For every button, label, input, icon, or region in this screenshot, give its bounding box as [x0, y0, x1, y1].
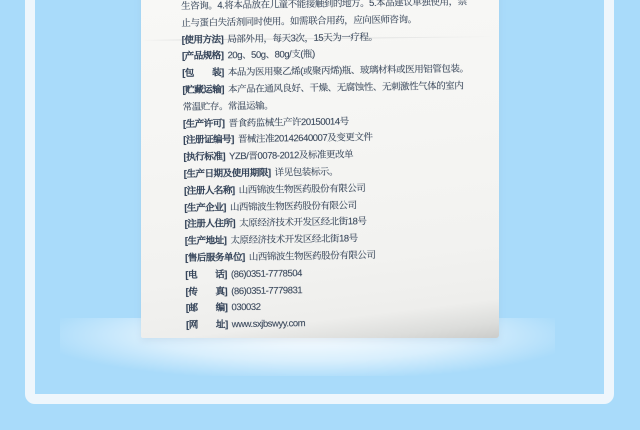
field-label: [邮 编]	[186, 303, 228, 315]
field-value: (86)0351-7779831	[231, 285, 302, 297]
field-value: 生咨询。4.将本品放在儿童不能接触到的地方。5.本品建议单独使用，禁	[181, 0, 467, 12]
field-label: [注册人住所]	[184, 219, 235, 231]
field-value: 030032	[231, 302, 260, 313]
field-label: [执行标准]	[183, 151, 225, 163]
field-value: www.sxjbswyy.com	[232, 318, 306, 330]
field-value: 太原经济技术开发区经北街18号	[230, 233, 357, 246]
field-label: [生产企业]	[184, 202, 226, 214]
field-label: [注册人名称]	[184, 185, 235, 197]
field-label: [电 话]	[185, 269, 227, 281]
field-value: 晋械注准20142640007及变更文件	[238, 132, 373, 145]
field-value: YZB/晋0078-2012及标准更改单	[229, 149, 353, 162]
field-value: 本品为医用聚乙烯(或聚丙烯)瓶、玻璃材料或医用铝管包装。	[228, 64, 469, 79]
field-value: 山西锦波生物医药股份有限公司	[239, 183, 366, 196]
field-value: 山西锦波生物医药股份有限公司	[249, 250, 376, 263]
field-label: [网 址]	[186, 319, 228, 331]
field-value: 晋食药监械生产许20150014号	[229, 116, 349, 129]
field-label: [贮藏运输]	[182, 84, 224, 96]
field-value: 常温贮存。常温运输。	[183, 100, 274, 112]
field-value: 局部外用，每天3次，15天为一疗程。	[227, 32, 377, 45]
leaflet-text-block: 生咨询。4.将本品放在儿童不能接触到的地方。5.本品建议单独使用，禁止与蛋白失活…	[181, 0, 508, 335]
field-label: [产品规格]	[182, 51, 224, 63]
field-label: [使用方法]	[182, 34, 224, 46]
field-label: [传 真]	[186, 286, 228, 298]
field-value: 山西锦波生物医药股份有限公司	[230, 200, 357, 213]
field-value: 止与蛋白失活剂同时使用。如需联合用药，应向医师咨询。	[181, 14, 416, 29]
instruction-leaflet: 生咨询。4.将本品放在儿童不能接触到的地方。5.本品建议单独使用，禁止与蛋白失活…	[141, 0, 499, 338]
field-value: 本产品在通风良好、干燥、无腐蚀性、无刺激性气体的室内	[228, 81, 463, 96]
field-label: [生产许可]	[183, 118, 225, 130]
field-value: 20g、50g、80g/支(瓶)	[227, 49, 314, 61]
field-label: [生产地址]	[185, 235, 227, 247]
field-label: [注册证编号]	[183, 135, 234, 147]
field-label: [售后服务单位]	[185, 252, 245, 264]
field-label: [生产日期及使用期限]	[184, 168, 271, 180]
field-value: (86)0351-7778504	[231, 268, 302, 280]
field-value: 太原经济技术开发区经北街18号	[239, 216, 366, 229]
packaging-photo: { "colors": { "background": "#a9dbfa", "…	[0, 0, 640, 430]
field-value: 详见包装标示。	[275, 167, 339, 179]
field-label: [包 装]	[182, 68, 224, 80]
